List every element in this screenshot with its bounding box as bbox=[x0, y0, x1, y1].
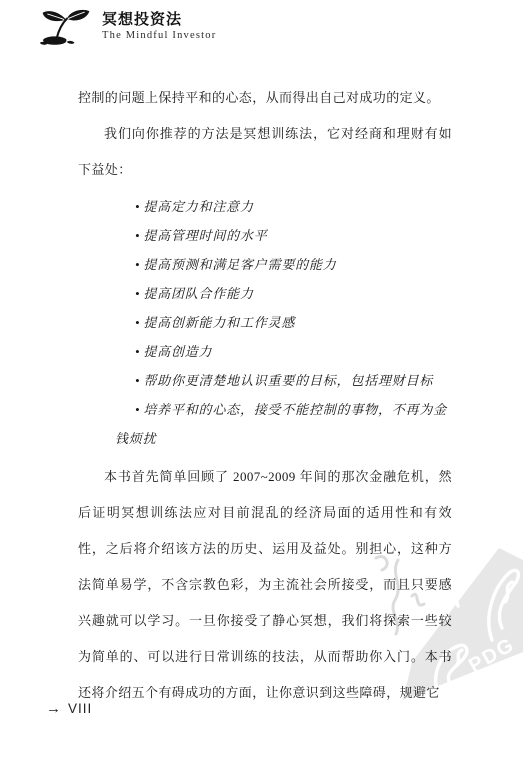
benefit-item: 提高团队合作能力 bbox=[115, 279, 452, 308]
benefit-item: 帮助你更清楚地认识重要的目标，包括理财目标 bbox=[115, 366, 452, 395]
benefit-item: 提高预测和满足客户需要的能力 bbox=[115, 250, 452, 279]
paragraph-intro: 我们向你推荐的方法是冥想训练法，它对经商和理财有如下益处： bbox=[78, 116, 452, 188]
page-number: VIII bbox=[68, 700, 92, 718]
book-header: 冥想投资法 The Mindful Investor bbox=[38, 8, 216, 46]
paragraph-overview: 本书首先简单回顾了 2007~2009 年间的那次金融危机，然后证明冥想训练法应… bbox=[78, 459, 452, 711]
benefit-item: 提高管理时间的水平 bbox=[115, 221, 452, 250]
book-title-chinese: 冥想投资法 bbox=[102, 11, 216, 28]
benefit-item: 培养平和的心态，接受不能控制的事物，不再为金钱烦扰 bbox=[115, 395, 452, 453]
header-titles: 冥想投资法 The Mindful Investor bbox=[102, 8, 216, 42]
page-footer: → VIII bbox=[46, 700, 92, 718]
benefit-item: 提高创造力 bbox=[115, 337, 452, 366]
seedling-icon bbox=[38, 8, 94, 46]
benefit-item: 提高定力和注意力 bbox=[115, 192, 452, 221]
benefit-list: 提高定力和注意力 提高管理时间的水平 提高预测和满足客户需要的能力 提高团队合作… bbox=[78, 192, 452, 453]
paragraph-continuation: 控制的问题上保持平和的心态，从而得出自己对成功的定义。 bbox=[78, 80, 452, 116]
body-text: 控制的问题上保持平和的心态，从而得出自己对成功的定义。 我们向你推荐的方法是冥想… bbox=[78, 80, 452, 711]
benefit-item: 提高创新能力和工作灵感 bbox=[115, 308, 452, 337]
book-title-english: The Mindful Investor bbox=[102, 29, 216, 42]
arrow-icon: → bbox=[46, 700, 61, 718]
book-page: PDG 冥想投资法 The Mindful Investor 控制的问题上保持平… bbox=[0, 0, 523, 774]
